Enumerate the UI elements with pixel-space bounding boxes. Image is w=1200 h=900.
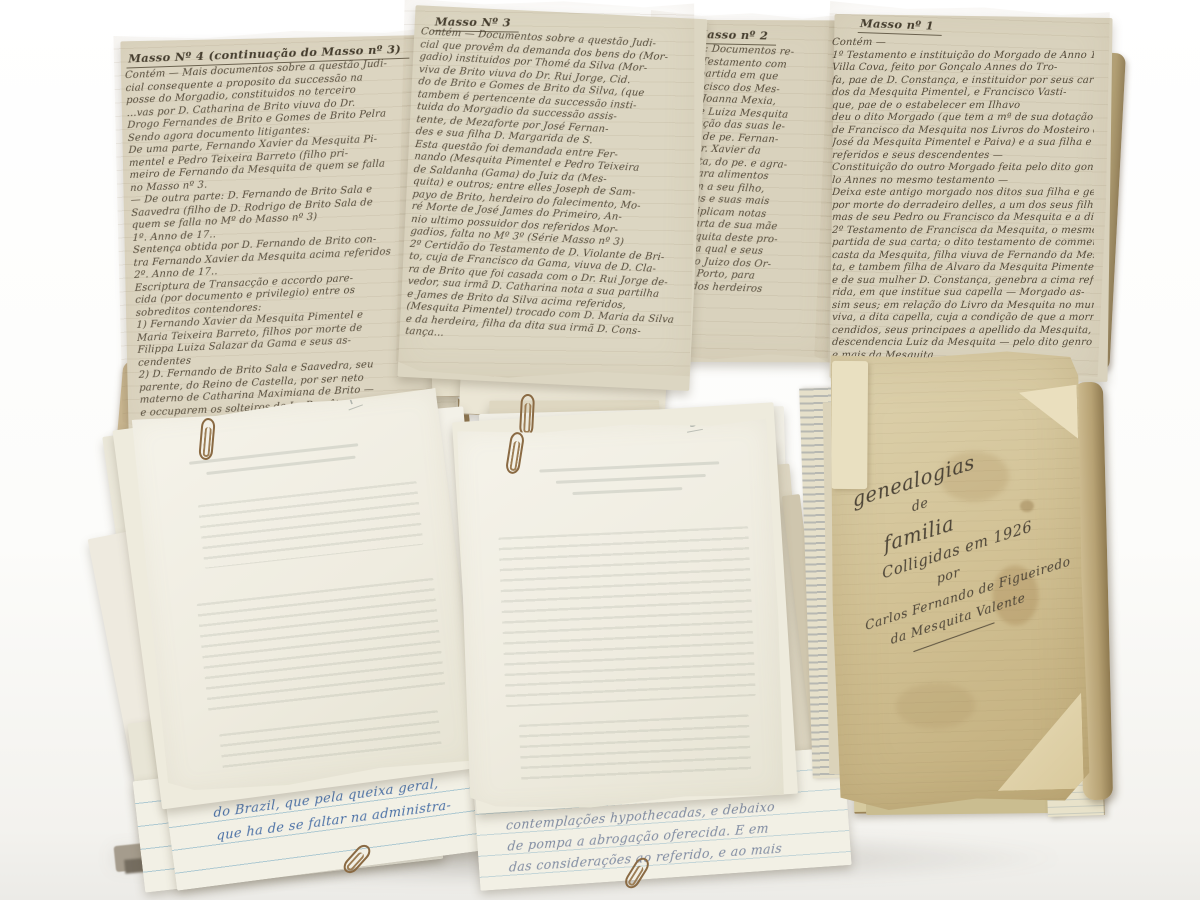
handwritten-line: de Francisco da Mesquita nos Livros do M… bbox=[832, 124, 1094, 137]
typed-paragraph-ghost bbox=[198, 481, 424, 569]
handwritten-line: viva, a dita capella, cuja a condição de… bbox=[832, 312, 1094, 325]
handwritten-line: José da Mesquita Pimentel e Paiva) e a s… bbox=[832, 137, 1094, 150]
dog-ear-bottom-right bbox=[995, 693, 1084, 791]
handwritten-line: Constituição do outro Morgado feita pelo… bbox=[832, 162, 1094, 175]
handwritten-line: lo Annes no mesmo testamento — bbox=[832, 174, 1094, 187]
typed-heading-ghost bbox=[556, 474, 706, 483]
handwritten-line: casta da Mesquita, filha viuva de Fernan… bbox=[832, 249, 1094, 262]
manuscript-bundle-masso1: Masso nº 1 Contém —1º Testamento e insti… bbox=[813, 1, 1126, 396]
handwritten-line: fa, pae de D. Constança, e instituidor p… bbox=[832, 74, 1094, 87]
folder-cover: genealogias de familia Colligidas em 192… bbox=[826, 349, 1091, 812]
handwritten-line: Contém — bbox=[832, 37, 1094, 50]
masso1-text-block: Contém —1º Testamento e instituição do M… bbox=[832, 37, 1094, 363]
handwritten-line: deu o dito Morgado (que tem a mª de sua … bbox=[832, 112, 1094, 125]
handwritten-line: 2º Testamento de Francisca da Mesquita, … bbox=[832, 224, 1094, 237]
handwritten-line: mas de seu Pedro ou Francisco da Mesquit… bbox=[832, 212, 1094, 225]
genealogy-folder: genealogias de familia Colligidas em 192… bbox=[792, 338, 1127, 823]
handwritten-line: 1º Testamento e instituição do Morgado d… bbox=[832, 49, 1094, 62]
manuscript-bundle-masso3: Masso Nº 3 Contém — Documentos sobre a q… bbox=[393, 0, 705, 454]
handwritten-line: dos da Mesquita Pimentel, e Francisco Va… bbox=[832, 87, 1094, 100]
paper-clip bbox=[519, 394, 535, 437]
handwritten-line: que, pae de o estabelecer em Ilhavo bbox=[832, 99, 1094, 112]
handwritten-line: por morte do derradeiro delles, a um dos… bbox=[832, 199, 1094, 212]
typed-heading-ghost bbox=[189, 443, 358, 464]
typed-heading-ghost bbox=[539, 461, 719, 472]
handwritten-line: partida de sua carta; o dito testamento … bbox=[832, 237, 1094, 250]
typed-paragraph-ghost bbox=[197, 578, 446, 713]
stain bbox=[895, 682, 976, 730]
handwritten-line: cendidos, seus principaes a apellido da … bbox=[832, 324, 1094, 337]
typed-paragraph-ghost bbox=[519, 714, 751, 784]
typed-page-left: F bbox=[128, 386, 480, 798]
manuscript-page-masso1: Masso nº 1 Contém —1º Testamento e insti… bbox=[814, 1, 1113, 381]
masso1-header: Masso nº 1 bbox=[858, 16, 942, 36]
archive-documents-photo: Masso Nº 4 (continuação do Masso nº 3) C… bbox=[0, 0, 1200, 900]
handwritten-line: Deixa este antigo morgado nos ditos sua … bbox=[832, 187, 1094, 200]
handwritten-line: rida, em que institue sua capella — Morg… bbox=[832, 287, 1094, 300]
handwritten-line: sim seus; em relação do Livro da Mesquit… bbox=[832, 299, 1094, 312]
typed-page-center: 5 bbox=[453, 417, 786, 813]
paper-flap bbox=[831, 361, 868, 489]
typed-heading-ghost bbox=[572, 487, 682, 495]
handwritten-line: Villa Cova, feito por Gonçalo Annes do T… bbox=[832, 62, 1094, 75]
typed-paragraph-ghost bbox=[219, 710, 442, 774]
typed-paragraph-ghost bbox=[498, 526, 755, 707]
handwritten-line: referidos e seus descendentes — bbox=[832, 149, 1094, 162]
manuscript-page-masso3: Masso Nº 3 Contém — Documentos sobre a q… bbox=[396, 0, 697, 380]
masso3-text-block: Contém — Documentos sobre a questão Judi… bbox=[404, 26, 689, 370]
handwritten-line: e de sua mulher D. Constança, genebra a … bbox=[832, 274, 1094, 287]
handwritten-line: ta, e tambem filha de Alvaro da Mesquita… bbox=[832, 262, 1094, 275]
